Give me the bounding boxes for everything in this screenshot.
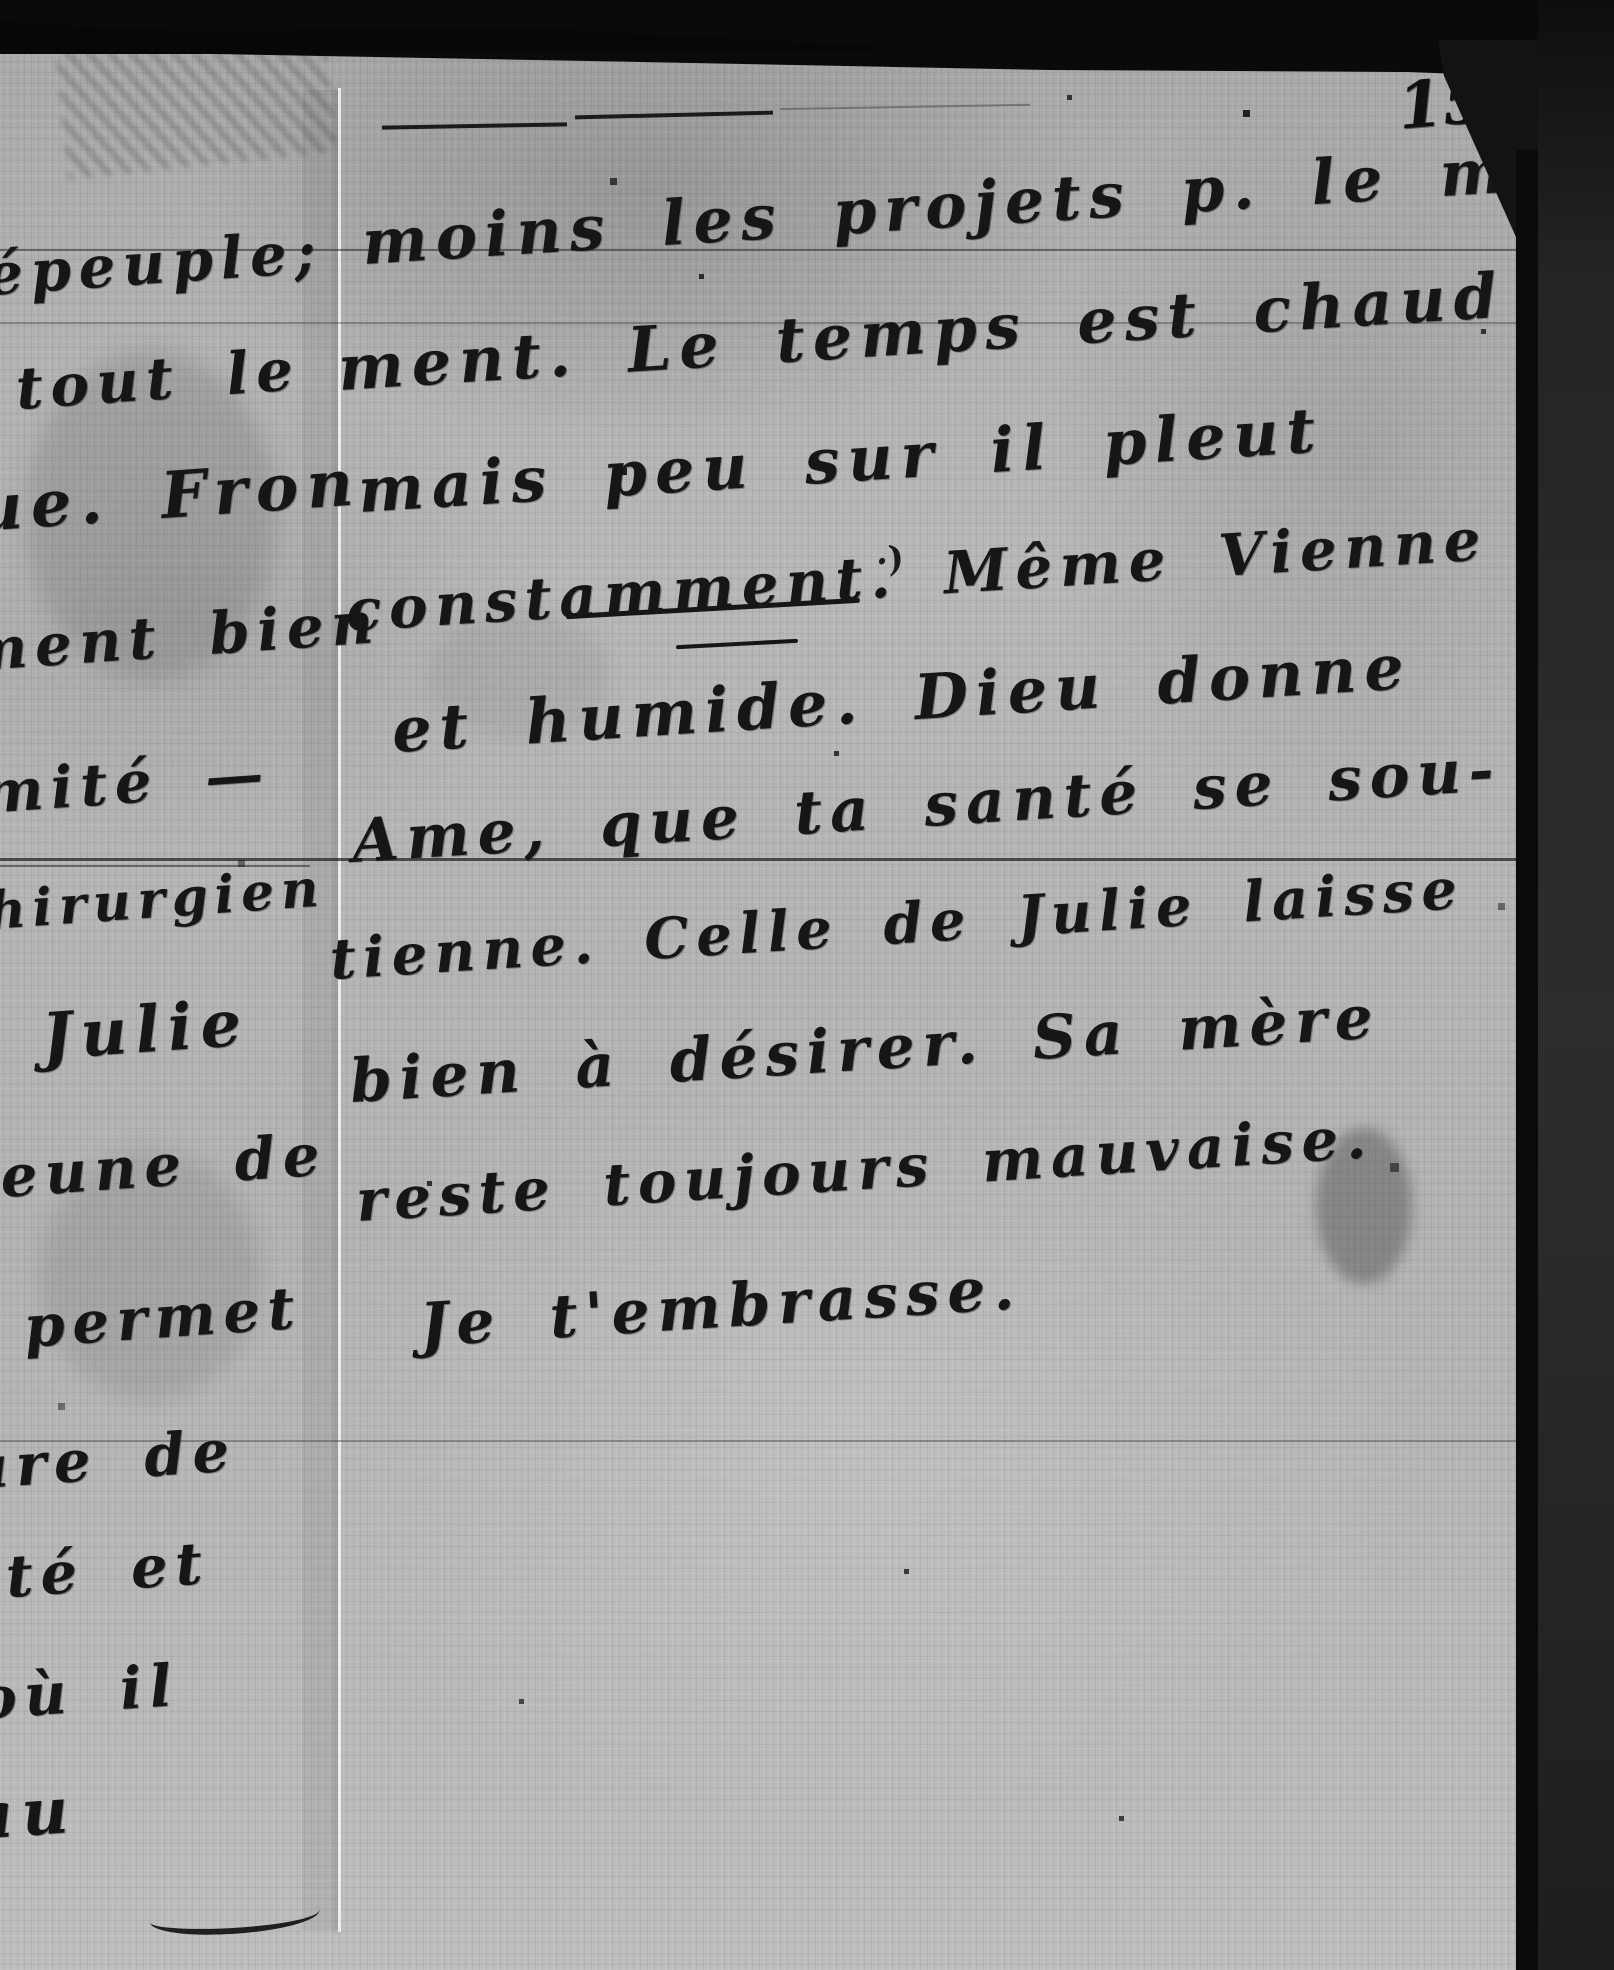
left-column-fragment: ure de	[0, 1421, 238, 1498]
left-column-fragment: au	[0, 1779, 79, 1850]
horizontal-fold-line	[0, 858, 1538, 861]
right-scan-edge	[1538, 0, 1614, 1970]
vertical-crease-shadow	[302, 90, 340, 1930]
scanned-manuscript: 15 épeuple; tout le ue. Fron ment bien m…	[0, 0, 1614, 1970]
left-column-fragment: Julie	[40, 992, 252, 1070]
left-column-fragment: té et	[4, 1534, 211, 1606]
left-column-fragment: où il	[0, 1656, 181, 1728]
left-column-fragment: permet	[22, 1279, 304, 1356]
